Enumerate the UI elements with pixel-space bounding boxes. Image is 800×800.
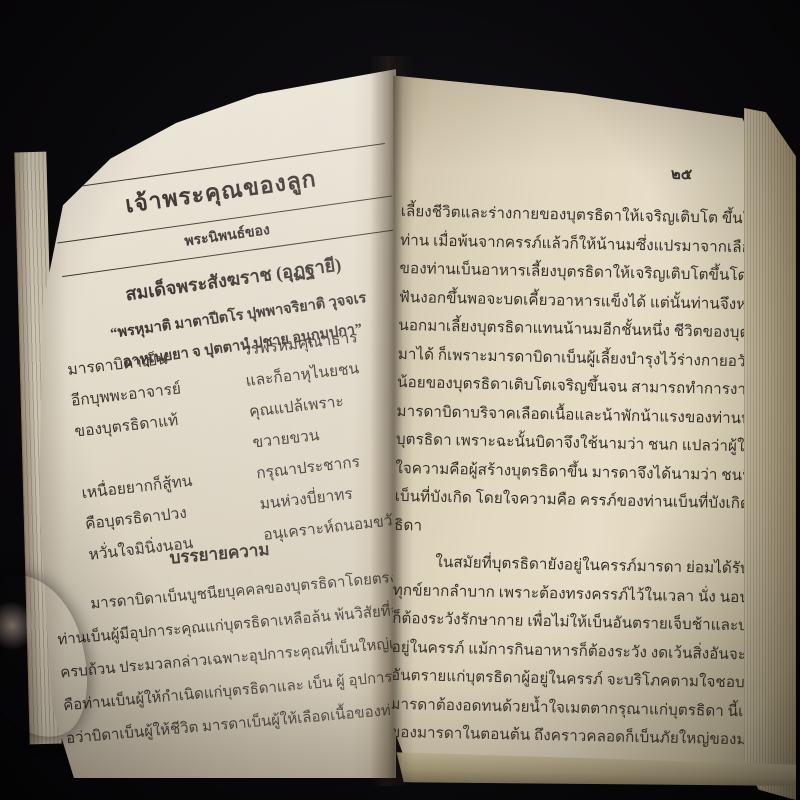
- fore-edge-page-stack: [744, 108, 796, 800]
- body-line: ของมารดาในตอนต้น ถึงคราวคลอดก็เบ็นภัยใหญ…: [393, 719, 740, 755]
- book-photo: เจ้าพระคุณของลูก พระนิพนธ์ของ สมเด็จพระส…: [0, 0, 800, 800]
- page-number: ๒๕: [671, 162, 693, 186]
- left-page-body: บรรยายความ มารดาบิดาเบ็นบูชนียบุคคลของบุ…: [50, 526, 396, 775]
- right-page-body: เลี้ยงชีวิตและร่างกายของบุตรธิดาให้เจริญ…: [393, 198, 751, 755]
- book-gutter-shadow: [370, 56, 414, 786]
- right-page: ๒๕ เลี้ยงชีวิตและร่างกายของบุตรธิดาให้เจ…: [393, 72, 757, 784]
